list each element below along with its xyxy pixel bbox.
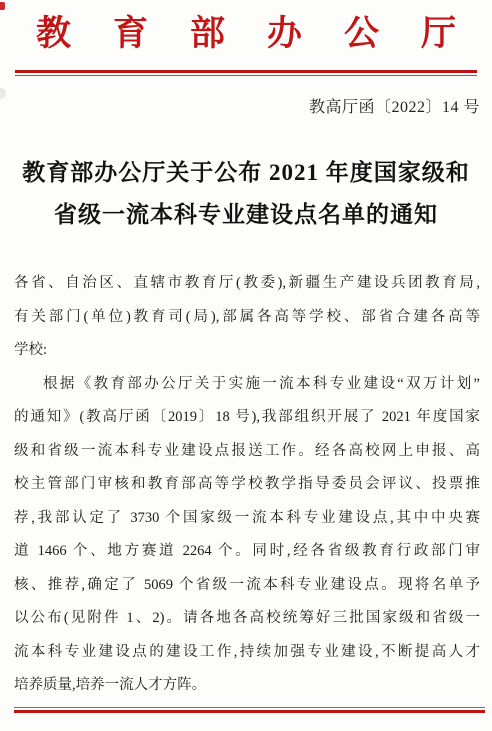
document-number: 教高厅函〔2022〕14 号: [309, 94, 480, 117]
divider-thick-line: [14, 710, 485, 713]
body-line: 级和省级一流本科专业建设点报送工作。经各高校网上申报、高: [14, 435, 480, 469]
body-line: 培养质量,培养一流人才方阵。: [14, 669, 480, 703]
document-page: 教育部办公厅 教高厅函〔2022〕14 号 教育部办公厅关于公布 2021 年度…: [0, 0, 492, 731]
body-line: 流本科专业建设点的建设工作,持续加强专业建设,不断提高人才: [14, 636, 480, 670]
body-line: 荐,我部认定了 3730 个国家级一流本科专业建设点,其中中央赛: [14, 502, 480, 536]
body-line: 校主管部门审核和教育部高等学校教学指导委员会评议、投票推: [14, 468, 480, 502]
document-body: 各省、自治区、直辖市教育厅(教委),新疆生产建设兵团教育局, 有关部门(单位)教…: [14, 267, 480, 703]
document-title-line1: 教育部办公厅关于公布 2021 年度国家级和: [22, 160, 470, 185]
divider-thin-line: [15, 75, 477, 77]
body-line: 有关部门(单位)教育司(局),部属各高等学校、部省合建各高等: [14, 301, 480, 335]
letterhead-title-text: 教育部办公厅: [36, 14, 492, 53]
scan-artifact-mark: [0, 2, 5, 10]
body-line: 道 1466 个、地方赛道 2264 个。同时,经各省级教育行政部门审: [14, 535, 480, 569]
letterhead-divider: [15, 70, 477, 76]
body-line: 根据《教育部办公厅关于实施一流本科专业建设“双万计划”: [14, 368, 480, 402]
divider-thin-line: [14, 707, 485, 708]
scan-smudge: [0, 88, 6, 99]
letterhead-title: 教育部办公厅: [0, 13, 492, 55]
document-title-line2: 省级一流本科专业建设点名单的通知: [54, 202, 438, 227]
footer-divider: [14, 707, 485, 713]
document-title: 教育部办公厅关于公布 2021 年度国家级和 省级一流本科专业建设点名单的通知: [0, 152, 492, 236]
body-line: 各省、自治区、直辖市教育厅(教委),新疆生产建设兵团教育局,: [14, 267, 480, 301]
body-line: 以公布(见附件 1、2)。请各地各高校统筹好三批国家级和省级一: [14, 602, 480, 636]
body-line: 核、推荐,确定了 5069 个省级一流本科专业建设点。现将名单予: [14, 569, 480, 603]
body-line: 学校:: [14, 334, 480, 368]
body-line: 的通知》(教高厅函〔2019〕18 号),我部组织开展了 2021 年度国家: [14, 401, 480, 435]
